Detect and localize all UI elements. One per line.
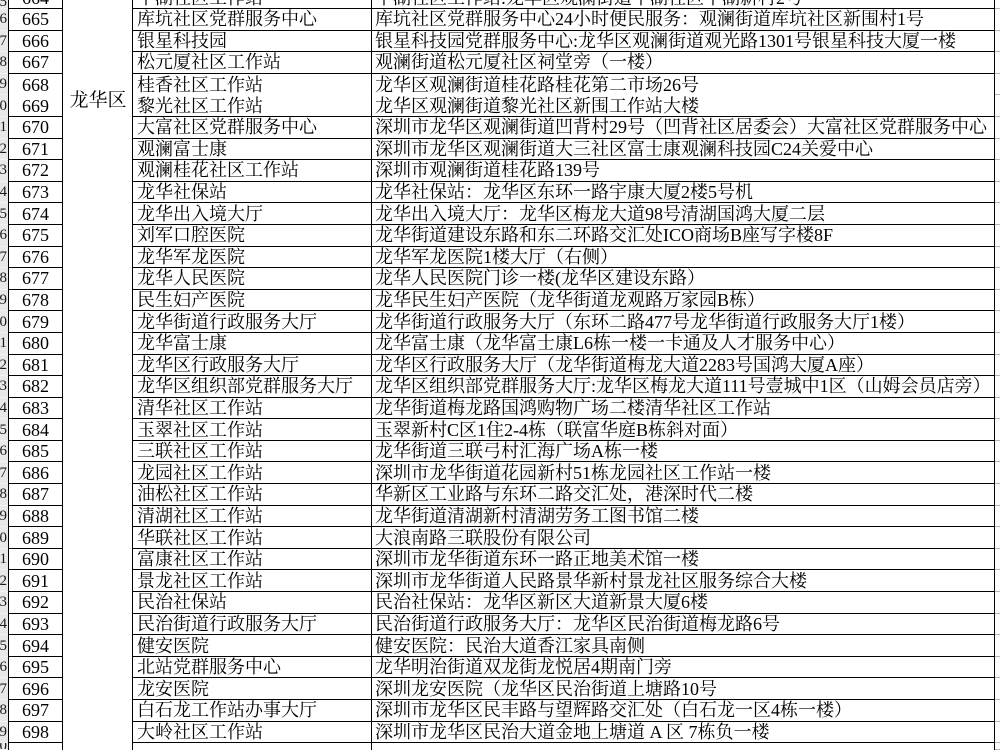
table-row: 666 665 库坑社区党群服务中心 库坑社区党群服务中心24小时便民服务：观澜…: [0, 9, 1000, 31]
cell-serial-number[interactable]: 694: [8, 635, 63, 657]
table-row: 681 680 龙华富士康 龙华富士康（龙华富士康L6栋一楼一卡通及人才服务中心…: [0, 333, 1000, 355]
grid-stub: [995, 290, 1000, 312]
grid-stub: [995, 635, 1000, 657]
cell-district-merged-region[interactable]: [63, 52, 133, 74]
cell-serial-number[interactable]: 684: [8, 419, 63, 441]
cell-address[interactable]: 龙华街道行政服务大厅（东环二路477号龙华街道行政服务大厅1楼）: [372, 311, 995, 333]
table-row: 667 666 银星科技园 银星科技园党群服务中心:龙华区观澜街道观光路1301…: [0, 31, 1000, 53]
excel-row-header[interactable]: 687: [0, 462, 8, 484]
cell-address[interactable]: 库坑社区党群服务中心24小时便民服务：观澜街道库坑社区新围村1号: [372, 9, 995, 31]
cell-serial-number[interactable]: 668: [8, 74, 63, 96]
excel-row-header[interactable]: 667: [0, 31, 8, 53]
excel-row-header[interactable]: 674: [0, 182, 8, 204]
row-header-number: 687: [0, 463, 8, 483]
cell-address[interactable]: 龙华区观澜街道桂花路桂花第二市场26号: [372, 74, 995, 96]
excel-row-header[interactable]: 679: [0, 290, 8, 312]
cell-address[interactable]: 深圳市龙华区观澜街道凹背村29号（凹背社区居委会）大富社区党群服务中心: [372, 117, 995, 139]
cell-address[interactable]: 民治社保站：龙华区新区大道新景大厦6楼: [372, 592, 995, 614]
cell-serial-number[interactable]: 664: [8, 0, 63, 9]
cell-serial-number[interactable]: 682: [8, 376, 63, 398]
row-header-number: 697: [0, 679, 8, 699]
cell-serial-number[interactable]: 671: [8, 139, 63, 161]
cell-address[interactable]: 深圳市龙华区民治大道金地上塘道 A 区 7栋负一楼: [372, 722, 995, 744]
excel-row-header[interactable]: 682: [0, 355, 8, 377]
row-header-number: 696: [0, 657, 8, 677]
row-header-number: 689: [0, 506, 8, 526]
cell-district-merged-region[interactable]: [63, 635, 133, 657]
cell-serial-number[interactable]: 692: [8, 592, 63, 614]
grid-stub: [995, 247, 1000, 269]
cell-serial-number[interactable]: 689: [8, 527, 63, 549]
row-header-number: 684: [0, 398, 8, 418]
cell-address[interactable]: 华新区工业路与东环二路交汇处，港深时代二楼: [372, 484, 995, 506]
row-header-number: 695: [0, 636, 8, 656]
row-header-number: 700: [0, 743, 8, 750]
cell-site-name[interactable]: 龙华街道行政服务大厅: [133, 311, 372, 333]
cell-serial-number[interactable]: 693: [8, 614, 63, 636]
cell-address[interactable]: 龙华区组织部党群服务大厅:龙华区梅龙大道111号壹城中1区（山姆会员店旁）: [372, 376, 995, 398]
cell-address[interactable]: 深圳市龙华区观澜街道大三社区富士康观澜科技园C24关爱中心: [372, 139, 995, 161]
cell-address[interactable]: 龙华民生妇产医院（龙华街道龙观路万家园B栋）: [372, 290, 995, 312]
row-header-number: 666: [0, 9, 8, 29]
cell-site-name[interactable]: 健安医院: [133, 635, 372, 657]
grid-stub: [995, 0, 1000, 9]
grid-stub: [995, 657, 1000, 679]
cell-site-name[interactable]: 龙华区组织部党群服务大厅: [133, 376, 372, 398]
excel-row-header[interactable]: 677: [0, 247, 8, 269]
cell-site-name[interactable]: 牛湖社区工作站: [133, 0, 372, 9]
grid-stub: [995, 743, 1000, 750]
cell-site-name[interactable]: 黎光社区工作站: [133, 95, 372, 117]
excel-row-header[interactable]: 698: [0, 700, 8, 722]
cell-address[interactable]: 龙华街道梅龙路国鸿购物广场二楼清华社区工作站: [372, 398, 995, 420]
cell-serial-number[interactable]: 676: [8, 247, 63, 269]
row-header-number: 683: [0, 376, 8, 396]
row-header-number: 682: [0, 355, 8, 375]
table-row: 676 675 刘军口腔医院 龙华街道建设东路和东二环路交汇处ICO商场B座写字…: [0, 225, 1000, 247]
cell-serial-number[interactable]: 698: [8, 722, 63, 744]
cell-site-name[interactable]: 龙华区行政服务大厅: [133, 355, 372, 377]
cell-serial-number[interactable]: [8, 743, 63, 750]
row-header-number: 694: [0, 614, 8, 634]
table-row: 696 695 北站党群服务中心 龙华明治街道双龙街龙悦居4期南门旁: [0, 657, 1000, 679]
table-row: 675 674 龙华出入境大厅 龙华出入境大厅：龙华区梅龙大道98号清湖国鸿大厦…: [0, 203, 1000, 225]
grid-stub: [995, 9, 1000, 31]
cell-site-name[interactable]: 三联社区工作站: [133, 441, 372, 463]
cell-address[interactable]: 龙华街道建设东路和东二环路交汇处ICO商场B座写字楼8F: [372, 225, 995, 247]
cell-district-merged-region[interactable]: [63, 247, 133, 269]
table-row: 679 678 民生妇产医院 龙华民生妇产医院（龙华街道龙观路万家园B栋）: [0, 290, 1000, 312]
cell-district-merged-region[interactable]: [63, 570, 133, 592]
cell-district-merged-region[interactable]: [63, 506, 133, 528]
row-header-number: 673: [0, 160, 8, 180]
grid-stub: [995, 376, 1000, 398]
cell-serial-number[interactable]: 688: [8, 506, 63, 528]
excel-row-header[interactable]: 696: [0, 657, 8, 679]
table-row: 682 681 龙华区行政服务大厅 龙华区行政服务大厅（龙华街道梅龙大道2283…: [0, 355, 1000, 377]
cell-district-merged-region[interactable]: [63, 678, 133, 700]
cell-district-merged-region[interactable]: [63, 722, 133, 744]
excel-row-header[interactable]: 672: [0, 139, 8, 161]
cell-site-name[interactable]: 龙华富士康: [133, 333, 372, 355]
grid-stub: [995, 117, 1000, 139]
cell-district-merged-region[interactable]: [63, 398, 133, 420]
excel-row-header[interactable]: 670: [0, 95, 8, 117]
cell-site-name[interactable]: 华联社区工作站: [133, 527, 372, 549]
cell-site-name[interactable]: 刘军口腔医院: [133, 225, 372, 247]
table-row: 673 672 观澜桂花社区工作站 深圳市观澜街道桂花路139号: [0, 160, 1000, 182]
row-header-number: 690: [0, 528, 8, 548]
cell-site-name[interactable]: 龙华人民医院: [133, 268, 372, 290]
cell-district-merged-region[interactable]: [63, 549, 133, 571]
excel-row-header[interactable]: 685: [0, 419, 8, 441]
cell-site-name[interactable]: 龙华出入境大厅: [133, 203, 372, 225]
table-row: 690 689 华联社区工作站 大浪南路三联股份有限公司: [0, 527, 1000, 549]
cell-serial-number[interactable]: 680: [8, 333, 63, 355]
cell-site-name[interactable]: 油松社区工作站: [133, 484, 372, 506]
grid-stub: [995, 506, 1000, 528]
cell-district-merged-region[interactable]: [63, 311, 133, 333]
cell-district-merged-region[interactable]: [63, 268, 133, 290]
grid-stub: [995, 311, 1000, 333]
cell-address[interactable]: 深圳市龙华街道人民路景华新村景龙社区服务综合大楼: [372, 570, 995, 592]
cell-district-merged-region[interactable]: [63, 333, 133, 355]
cell-district-merged-region[interactable]: [63, 462, 133, 484]
cell-district-merged-region[interactable]: [63, 743, 133, 750]
excel-row-header[interactable]: 676: [0, 225, 8, 247]
table-row: 674 673 龙华社保站 龙华社保站：龙华区东环一路宇康大厦2楼5号机: [0, 182, 1000, 204]
excel-row-header[interactable]: 669: [0, 74, 8, 96]
table-row: 672 671 观澜富士康 深圳市龙华区观澜街道大三社区富士康观澜科技园C24关…: [0, 139, 1000, 161]
grid-stub: [995, 203, 1000, 225]
cell-address[interactable]: 玉翠新村C区1住2-4栋（联富华庭B栋斜对面）: [372, 419, 995, 441]
excel-row-header[interactable]: 675: [0, 203, 8, 225]
cell-serial-number[interactable]: 685: [8, 441, 63, 463]
table-row: 668 667 松元厦社区工作站 观澜街道松元厦社区祠堂旁（一楼）: [0, 52, 1000, 74]
cell-district-merged-region[interactable]: [63, 484, 133, 506]
cell-serial-number[interactable]: 666: [8, 31, 63, 53]
cell-address[interactable]: 龙华富士康（龙华富士康L6栋一楼一卡通及人才服务中心）: [372, 333, 995, 355]
table-row-partial-bottom: 700: [0, 743, 1000, 750]
excel-row-header[interactable]: 691: [0, 549, 8, 571]
row-header-number: 686: [0, 441, 8, 461]
cell-district-merged-region[interactable]: [63, 657, 133, 679]
table-row: 684 683 清华社区工作站 龙华街道梅龙路国鸿购物广场二楼清华社区工作站: [0, 398, 1000, 420]
cell-site-name[interactable]: 景龙社区工作站: [133, 570, 372, 592]
cell-district-merged-region[interactable]: [63, 700, 133, 722]
excel-row-header[interactable]: 681: [0, 333, 8, 355]
cell-site-name[interactable]: 北站党群服务中心: [133, 657, 372, 679]
cell-site-name[interactable]: 银星科技园: [133, 31, 372, 53]
cell-site-name[interactable]: 龙华社保站: [133, 182, 372, 204]
row-header-number: 669: [0, 74, 8, 94]
cell-address[interactable]: 深圳市观澜街道桂花路139号: [372, 160, 995, 182]
table-row: 697 696 龙安医院 深圳龙安医院（龙华区民治街道上塘路10号: [0, 678, 1000, 700]
cell-serial-number[interactable]: 667: [8, 52, 63, 74]
district-label: 龙华区: [69, 85, 126, 112]
row-header-number: 692: [0, 571, 8, 591]
table-row: 698 697 白石龙工作站办事大厅 深圳市龙华区民丰路与望辉路交汇处（白石龙一…: [0, 700, 1000, 722]
cell-site-name[interactable]: 民治社保站: [133, 592, 372, 614]
cell-site-name[interactable]: 库坑社区党群服务中心: [133, 9, 372, 31]
grid-stub: [995, 722, 1000, 744]
grid-stub: [995, 527, 1000, 549]
row-header-number: 691: [0, 549, 8, 569]
cell-address[interactable]: 牛湖社区工作站:龙华区观澜街道牛湖社区牛湖新村2号: [372, 0, 995, 9]
cell-site-name[interactable]: 龙华军龙医院: [133, 247, 372, 269]
spreadsheet-viewport: 665 664 牛湖社区工作站 牛湖社区工作站:龙华区观澜街道牛湖社区牛湖新村2…: [0, 0, 1000, 750]
cell-serial-number[interactable]: 665: [8, 9, 63, 31]
cell-district-merged-region[interactable]: [63, 290, 133, 312]
cell-site-name[interactable]: 民治街道行政服务大厅: [133, 614, 372, 636]
grid-stub: [995, 95, 1000, 117]
grid-stub: [995, 484, 1000, 506]
cell-serial-number[interactable]: 697: [8, 700, 63, 722]
grid-stub: [995, 549, 1000, 571]
cell-serial-number[interactable]: 683: [8, 398, 63, 420]
cell-serial-number[interactable]: 675: [8, 225, 63, 247]
cell-site-name[interactable]: 观澜桂花社区工作站: [133, 160, 372, 182]
excel-row-header[interactable]: 688: [0, 484, 8, 506]
table-row: 691 690 富康社区工作站 深圳市龙华街道东环一路正地美术馆一楼: [0, 549, 1000, 571]
cell-serial-number[interactable]: 669: [8, 95, 63, 117]
excel-row-header[interactable]: 697: [0, 678, 8, 700]
district-merged-cell[interactable]: 龙华区: [64, 77, 132, 120]
cell-serial-number[interactable]: 670: [8, 117, 63, 139]
table-row: 678 677 龙华人民医院 龙华人民医院门诊一楼(龙华区建设东路）: [0, 268, 1000, 290]
row-header-number: 675: [0, 204, 8, 224]
row-header-number: 674: [0, 182, 8, 202]
table-row: 689 688 清湖社区工作站 龙华街道清湖新村清湖劳务工图书馆二楼: [0, 506, 1000, 528]
row-header-number: 679: [0, 290, 8, 310]
table-body: 666 665 库坑社区党群服务中心 库坑社区党群服务中心24小时便民服务：观澜…: [0, 9, 1000, 743]
table-row: 683 682 龙华区组织部党群服务大厅 龙华区组织部党群服务大厅:龙华区梅龙大…: [0, 376, 1000, 398]
cell-address[interactable]: 深圳市龙华街道东环一路正地美术馆一楼: [372, 549, 995, 571]
grid-stub: [995, 52, 1000, 74]
cell-address[interactable]: 健安医院：民治大道香江家具南侧: [372, 635, 995, 657]
table-row: 686 685 三联社区工作站 龙华街道三联弓村汇海广场A栋一楼: [0, 441, 1000, 463]
excel-row-header[interactable]: 700: [0, 743, 8, 750]
cell-site-name[interactable]: 桂香社区工作站: [133, 74, 372, 96]
excel-row-header[interactable]: 673: [0, 160, 8, 182]
cell-serial-number[interactable]: 691: [8, 570, 63, 592]
row-header-number: 685: [0, 420, 8, 440]
cell-district-merged-region[interactable]: [63, 9, 133, 31]
cell-serial-number[interactable]: 690: [8, 549, 63, 571]
grid-stub: [995, 441, 1000, 463]
cell-address[interactable]: [372, 743, 995, 750]
grid-stub: [995, 678, 1000, 700]
grid-stub: [995, 614, 1000, 636]
row-header-number: 671: [0, 117, 8, 137]
cell-district-merged-region[interactable]: [63, 376, 133, 398]
grid-stub: [995, 462, 1000, 484]
grid-stub: [995, 700, 1000, 722]
table-row: 694 693 民治街道行政服务大厅 民治街道行政服务大厅：龙华区民治街道梅龙路…: [0, 614, 1000, 636]
cell-address[interactable]: 龙华明治街道双龙街龙悦居4期南门旁: [372, 657, 995, 679]
cell-address[interactable]: 龙华人民医院门诊一楼(龙华区建设东路）: [372, 268, 995, 290]
cell-serial-number[interactable]: 679: [8, 311, 63, 333]
cell-address[interactable]: 龙华街道三联弓村汇海广场A栋一楼: [372, 441, 995, 463]
excel-row-header[interactable]: 671: [0, 117, 8, 139]
table-row: 680 679 龙华街道行政服务大厅 龙华街道行政服务大厅（东环二路477号龙华…: [0, 311, 1000, 333]
table-row: 695 694 健安医院 健安医院：民治大道香江家具南侧: [0, 635, 1000, 657]
cell-site-name[interactable]: 民生妇产医院: [133, 290, 372, 312]
cell-address[interactable]: 龙华街道清湖新村清湖劳务工图书馆二楼: [372, 506, 995, 528]
excel-row-header[interactable]: 668: [0, 52, 8, 74]
cell-serial-number[interactable]: 695: [8, 657, 63, 679]
cell-site-name[interactable]: 松元厦社区工作站: [133, 52, 372, 74]
grid-stub: [995, 570, 1000, 592]
grid-stub: [995, 419, 1000, 441]
excel-row-header[interactable]: 695: [0, 635, 8, 657]
cell-district-merged-region[interactable]: [63, 182, 133, 204]
cell-serial-number[interactable]: 673: [8, 182, 63, 204]
grid-stub: [995, 31, 1000, 53]
cell-district-merged-region[interactable]: [63, 0, 133, 9]
grid-stub: [995, 355, 1000, 377]
grid-stub: [995, 592, 1000, 614]
excel-row-header[interactable]: 692: [0, 570, 8, 592]
row-header-number: 681: [0, 333, 8, 353]
cell-address[interactable]: 银星科技园党群服务中心:龙华区观澜街道观光路1301号银星科技大厦一楼: [372, 31, 995, 53]
cell-address[interactable]: 龙华出入境大厅：龙华区梅龙大道98号清湖国鸿大厦二层: [372, 203, 995, 225]
excel-row-header[interactable]: 693: [0, 592, 8, 614]
grid-stub: [995, 182, 1000, 204]
row-header-number: 677: [0, 247, 8, 267]
cell-address[interactable]: 龙华社保站：龙华区东环一路宇康大厦2楼5号机: [372, 182, 995, 204]
cell-district-merged-region[interactable]: [63, 441, 133, 463]
cell-site-name[interactable]: 清华社区工作站: [133, 398, 372, 420]
cell-district-merged-region[interactable]: [63, 419, 133, 441]
row-header-number: 665: [0, 0, 8, 9]
excel-row-header[interactable]: 678: [0, 268, 8, 290]
cell-site-name[interactable]: [133, 743, 372, 750]
table-row: 699 698 大岭社区工作站 深圳市龙华区民治大道金地上塘道 A 区 7栋负一…: [0, 722, 1000, 744]
excel-row-header[interactable]: 683: [0, 376, 8, 398]
cell-address[interactable]: 民治街道行政服务大厅：龙华区民治街道梅龙路6号: [372, 614, 995, 636]
row-header-number: 680: [0, 312, 8, 332]
grid-stub: [995, 268, 1000, 290]
table-row-partial-top: 665 664 牛湖社区工作站 牛湖社区工作站:龙华区观澜街道牛湖社区牛湖新村2…: [0, 0, 1000, 9]
row-header-number: 693: [0, 592, 8, 612]
cell-address[interactable]: 大浪南路三联股份有限公司: [372, 527, 995, 549]
excel-row-header[interactable]: 689: [0, 506, 8, 528]
excel-row-header[interactable]: 665: [0, 0, 8, 9]
cell-serial-number[interactable]: 677: [8, 268, 63, 290]
excel-row-header[interactable]: 684: [0, 398, 8, 420]
cell-district-merged-region[interactable]: [63, 139, 133, 161]
cell-district-merged-region[interactable]: [63, 527, 133, 549]
cell-serial-number[interactable]: 681: [8, 355, 63, 377]
table-row: 687 686 龙园社区工作站 深圳市龙华街道花园新村51栋龙园社区工作站一楼: [0, 462, 1000, 484]
excel-row-header[interactable]: 666: [0, 9, 8, 31]
grid-stub: [995, 74, 1000, 96]
table-row: 677 676 龙华军龙医院 龙华军龙医院1楼大厅（右侧）: [0, 247, 1000, 269]
cell-district-merged-region[interactable]: [63, 203, 133, 225]
table-row: 693 692 民治社保站 民治社保站：龙华区新区大道新景大厦6楼: [0, 592, 1000, 614]
cell-site-name[interactable]: 清湖社区工作站: [133, 506, 372, 528]
table-row: 688 687 油松社区工作站 华新区工业路与东环二路交汇处，港深时代二楼: [0, 484, 1000, 506]
excel-row-header[interactable]: 699: [0, 722, 8, 744]
cell-serial-number[interactable]: 696: [8, 678, 63, 700]
row-header-number: 698: [0, 700, 8, 720]
table-row: 671 670 大富社区党群服务中心 深圳市龙华区观澜街道凹背村29号（凹背社区…: [0, 117, 1000, 139]
table-row: 692 691 景龙社区工作站 深圳市龙华街道人民路景华新村景龙社区服务综合大楼: [0, 570, 1000, 592]
cell-district-merged-region[interactable]: [63, 225, 133, 247]
cell-address[interactable]: 深圳市龙华区民丰路与望辉路交汇处（白石龙一区4栋一楼）: [372, 700, 995, 722]
cell-serial-number[interactable]: 678: [8, 290, 63, 312]
excel-row-header[interactable]: 686: [0, 441, 8, 463]
grid-stub: [995, 160, 1000, 182]
cell-serial-number[interactable]: 674: [8, 203, 63, 225]
excel-row-header[interactable]: 680: [0, 311, 8, 333]
cell-district-merged-region[interactable]: [63, 614, 133, 636]
row-header-number: 699: [0, 722, 8, 742]
row-header-number: 672: [0, 139, 8, 159]
cell-address[interactable]: 龙华区观澜街道黎光社区新围工作站大楼: [372, 95, 995, 117]
cell-address[interactable]: 观澜街道松元厦社区祠堂旁（一楼）: [372, 52, 995, 74]
cell-address[interactable]: 龙华区行政服务大厅（龙华街道梅龙大道2283号国鸿大厦A座）: [372, 355, 995, 377]
cell-district-merged-region[interactable]: [63, 592, 133, 614]
cell-site-name[interactable]: 玉翠社区工作站: [133, 419, 372, 441]
row-header-number: 676: [0, 225, 8, 245]
cell-site-name[interactable]: 大富社区党群服务中心: [133, 117, 372, 139]
cell-serial-number[interactable]: 672: [8, 160, 63, 182]
cell-district-merged-region[interactable]: [63, 160, 133, 182]
cell-address[interactable]: 深圳市龙华街道花园新村51栋龙园社区工作站一楼: [372, 462, 995, 484]
cell-site-name[interactable]: 白石龙工作站办事大厅: [133, 700, 372, 722]
row-header-number: 668: [0, 52, 8, 72]
row-header-number: 688: [0, 484, 8, 504]
row-header-number: 667: [0, 31, 8, 51]
row-header-number: 670: [0, 96, 8, 116]
table-row: 670 669 黎光社区工作站 龙华区观澜街道黎光社区新围工作站大楼: [0, 95, 1000, 117]
cell-address[interactable]: 深圳龙安医院（龙华区民治街道上塘路10号: [372, 678, 995, 700]
cell-serial-number[interactable]: 686: [8, 462, 63, 484]
grid-stub: [995, 333, 1000, 355]
cell-site-name[interactable]: 龙安医院: [133, 678, 372, 700]
cell-site-name[interactable]: 观澜富士康: [133, 139, 372, 161]
cell-district-merged-region[interactable]: [63, 31, 133, 53]
table-row: 685 684 玉翠社区工作站 玉翠新村C区1住2-4栋（联富华庭B栋斜对面）: [0, 419, 1000, 441]
cell-site-name[interactable]: 龙园社区工作站: [133, 462, 372, 484]
cell-address[interactable]: 龙华军龙医院1楼大厅（右侧）: [372, 247, 995, 269]
excel-row-header[interactable]: 690: [0, 527, 8, 549]
cell-district-merged-region[interactable]: [63, 355, 133, 377]
grid-stub: [995, 225, 1000, 247]
grid-stub: [995, 398, 1000, 420]
excel-row-header[interactable]: 694: [0, 614, 8, 636]
cell-site-name[interactable]: 富康社区工作站: [133, 549, 372, 571]
cell-site-name[interactable]: 大岭社区工作站: [133, 722, 372, 744]
cell-serial-number[interactable]: 687: [8, 484, 63, 506]
row-header-number: 678: [0, 268, 8, 288]
grid-stub: [995, 139, 1000, 161]
table-row: 669 668 桂香社区工作站 龙华区观澜街道桂花路桂花第二市场26号: [0, 74, 1000, 96]
